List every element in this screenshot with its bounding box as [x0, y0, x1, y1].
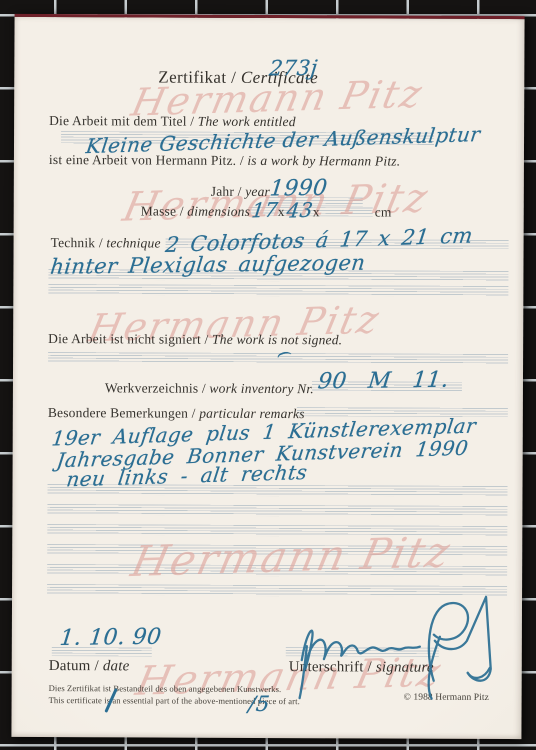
- dimension-x-2: x: [313, 204, 320, 220]
- label-en: date: [103, 658, 130, 674]
- label-separator: /: [95, 235, 106, 250]
- label-de: Besondere Bemerkungen: [48, 405, 188, 421]
- field-label-date: Datum / date: [49, 658, 130, 675]
- field-label-inventory: Werkverzeichnis / work inventory Nr.: [105, 380, 314, 397]
- label-de: Die Arbeit mit dem Titel: [49, 113, 187, 129]
- handwritten-signature-hermann-pitz: [282, 584, 511, 705]
- field-label-technique: Technik / technique: [51, 235, 161, 251]
- handwritten-dimension-2: 43: [285, 198, 314, 223]
- label-de: Werkverzeichnis: [105, 380, 198, 395]
- label-de: Die Arbeit ist nicht signiert: [48, 331, 201, 347]
- certificate-paper: Hermann Pitz Hermann Pitz Hermann Pitz H…: [11, 14, 524, 739]
- label-de: Technik: [51, 235, 96, 250]
- label-en: The work is not signed.: [212, 332, 342, 348]
- label-de: Datum: [49, 658, 91, 674]
- ruling-row: [48, 284, 508, 297]
- label-en: technique: [106, 235, 160, 250]
- ruling-row: [47, 504, 507, 517]
- heading-de: Zertifikat: [158, 68, 226, 87]
- footnote-german: Dies Zertifikat ist Bestandteil des oben…: [49, 683, 282, 694]
- handwritten-edition-mark: /5: [247, 692, 271, 716]
- label-separator: /: [201, 332, 212, 347]
- label-en: year: [245, 184, 270, 199]
- label-de: Masse: [141, 203, 177, 218]
- label-separator: /: [234, 184, 245, 199]
- handwritten-date: 1. 10. 90: [58, 625, 162, 651]
- label-en: is a work by Hermann Pitz.: [247, 153, 400, 169]
- heading-separator: /: [226, 68, 241, 87]
- label-separator: /: [236, 153, 247, 168]
- dimension-x-1: x: [278, 204, 285, 220]
- label-separator: /: [198, 381, 209, 396]
- label-separator: /: [188, 406, 199, 421]
- label-en: dimensions: [187, 204, 250, 219]
- handwritten-certificate-number: 273j: [268, 56, 319, 81]
- field-label-dimensions: Masse / dimensions: [141, 203, 250, 219]
- label-separator: /: [176, 204, 187, 219]
- label-en: The work entitled: [198, 114, 296, 129]
- label-de: Jahr: [211, 184, 234, 199]
- watermark-hermann-pitz: Hermann Pitz: [127, 527, 456, 586]
- handwritten-technique-line2: hinter Plexiglas aufgezogen: [49, 251, 367, 279]
- photo-black-grid-mat: { "colors":{ "ink_blue":"#2b6e93", "wate…: [0, 0, 536, 750]
- label-separator: /: [91, 658, 103, 674]
- label-en: work inventory Nr.: [209, 381, 314, 396]
- field-label-entitled: Die Arbeit mit dem Titel / The work enti…: [49, 113, 296, 130]
- handwritten-inventory-number: 90 M 11.: [317, 368, 450, 395]
- handwritten-dimension-1: 17: [250, 198, 279, 223]
- dimension-unit: cm: [375, 204, 392, 220]
- label-separator: /: [187, 114, 198, 129]
- not-signed-line: Die Arbeit ist nicht signiert / The work…: [48, 331, 342, 348]
